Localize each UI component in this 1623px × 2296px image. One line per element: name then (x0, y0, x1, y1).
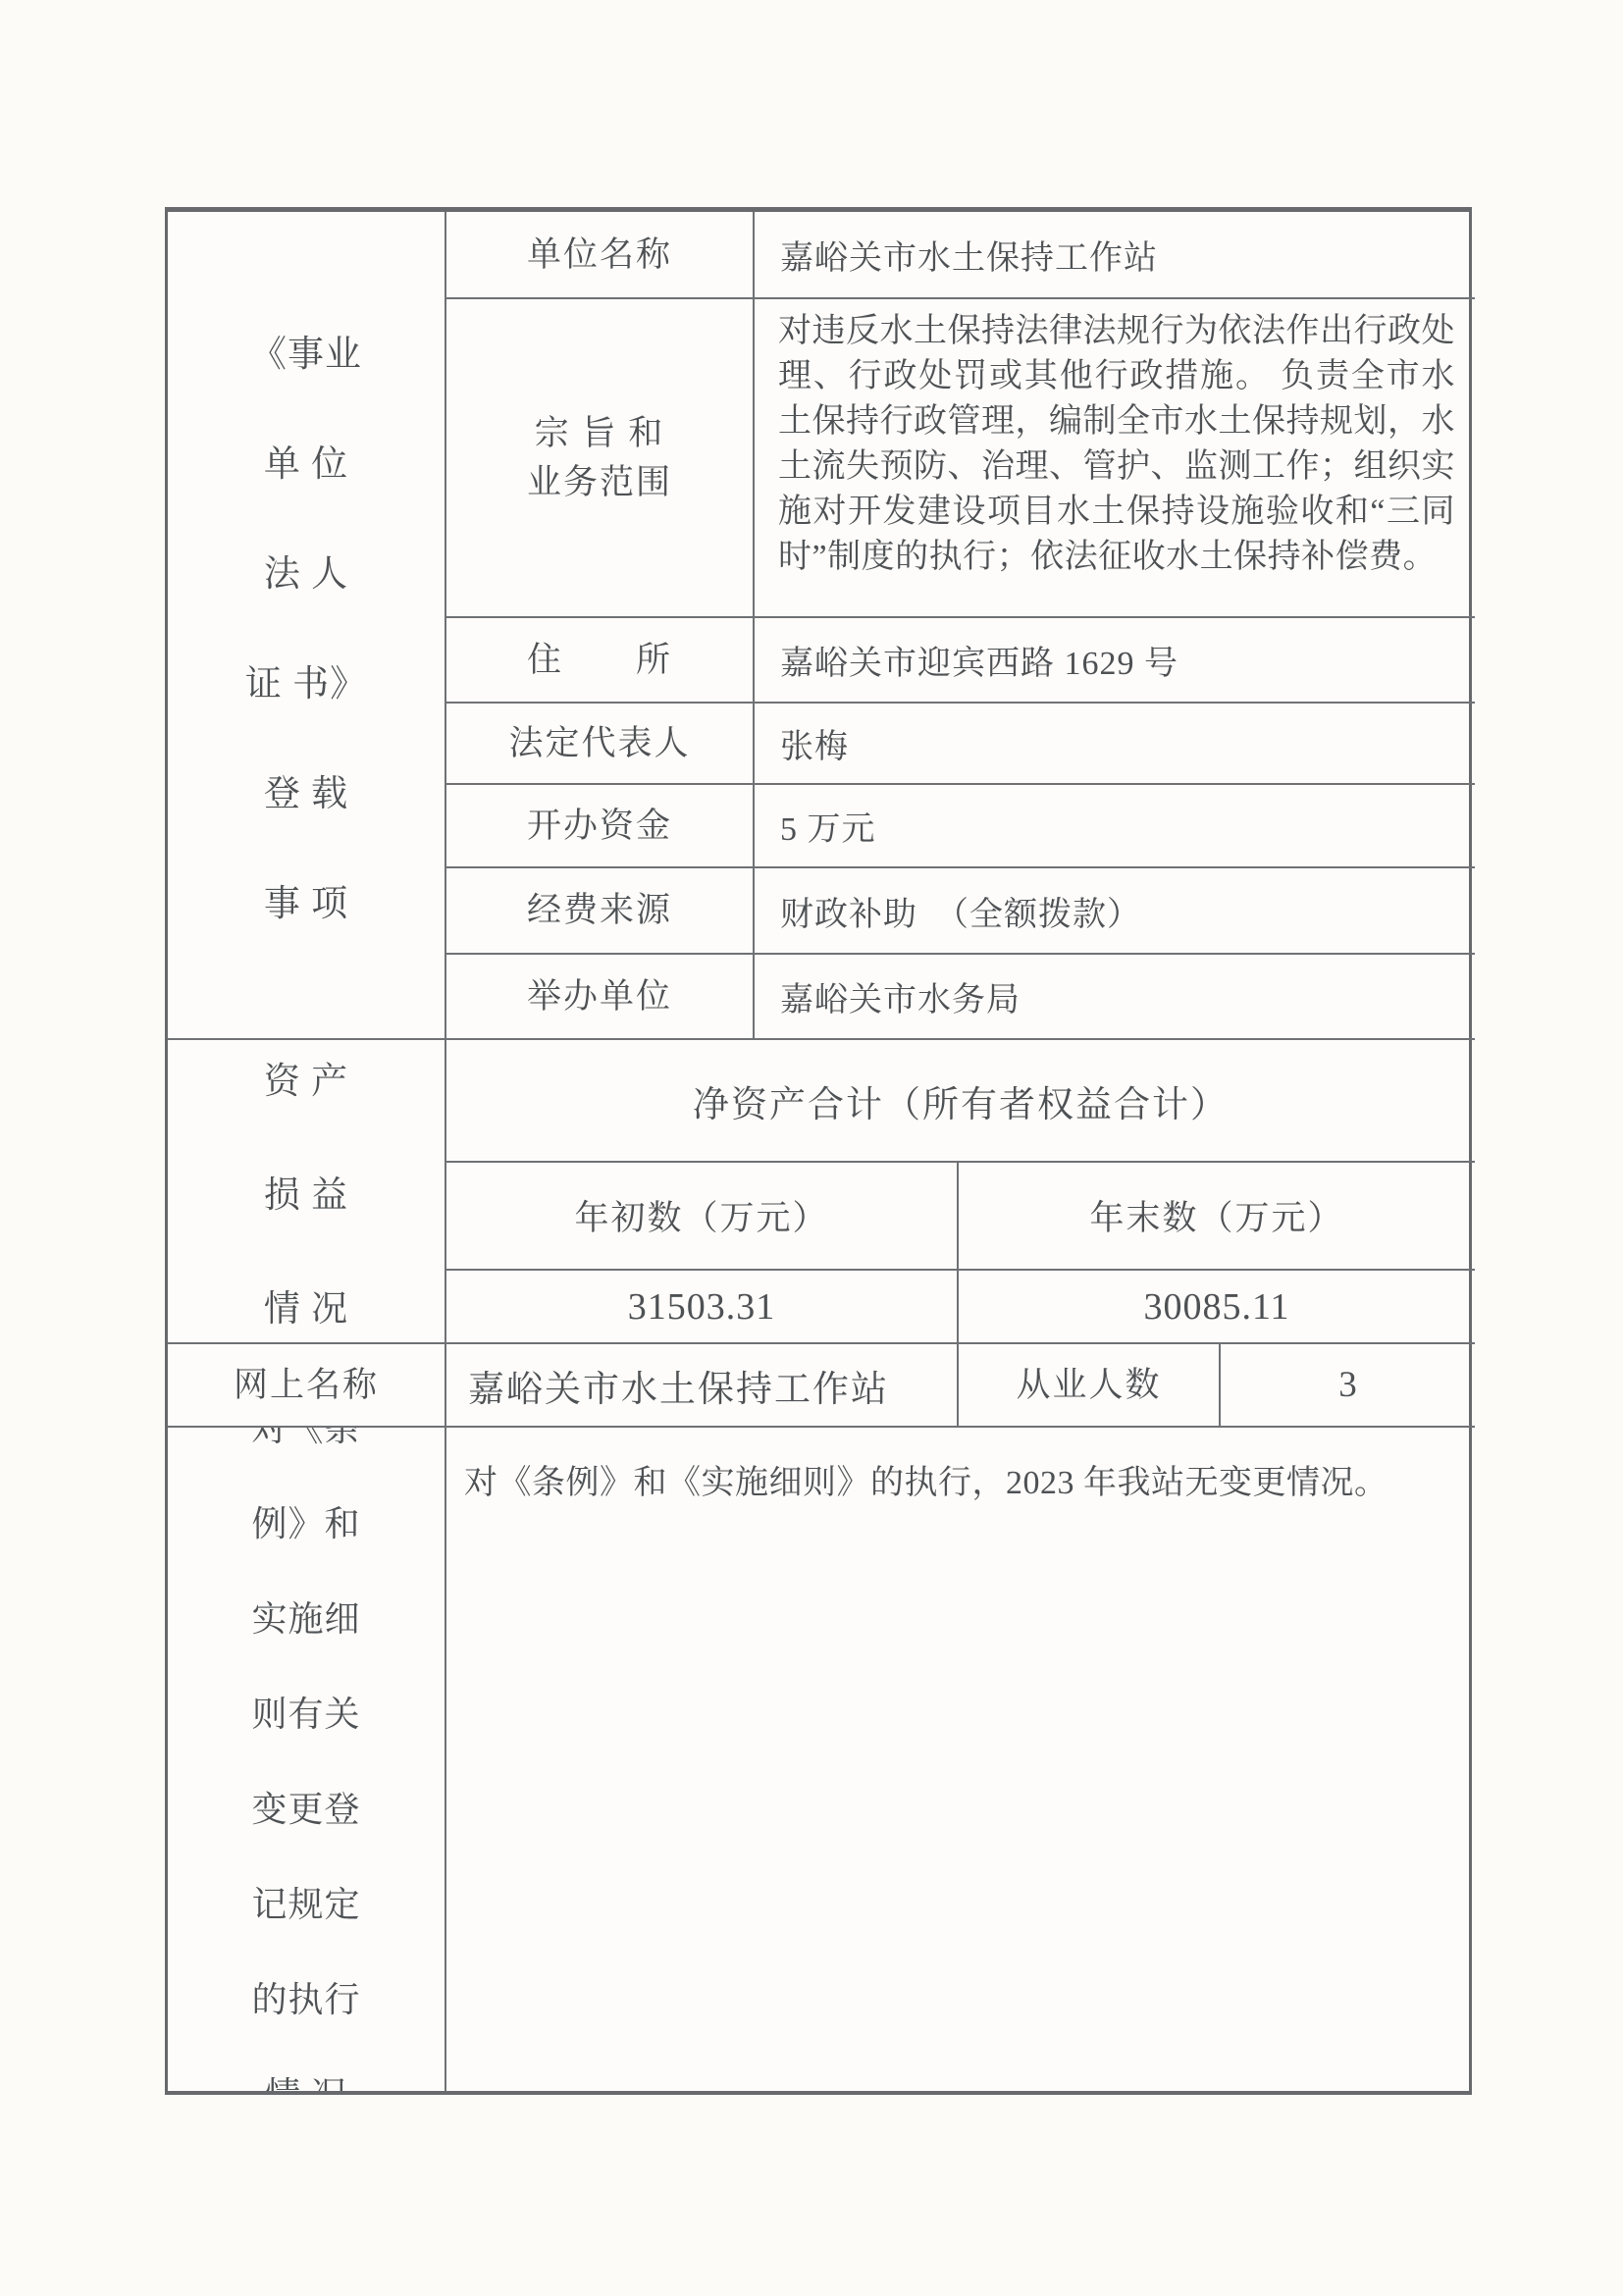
funding-source-label: 经费来源 (446, 868, 755, 955)
side-label-line: 单 位 (264, 434, 348, 487)
side-label-line: 对《条 (251, 1428, 360, 1451)
staff-count-value: 3 (1221, 1344, 1475, 1428)
staff-count-label: 从业人数 (959, 1344, 1221, 1428)
side-label-line: 变更登 (251, 1782, 360, 1832)
assets-section-side-label: 资 产 损 益 情 况 (168, 1040, 446, 1344)
opening-funds-value: 5 万元 (755, 785, 1475, 868)
opening-funds-label: 开办资金 (446, 785, 755, 868)
unit-name-label: 单位名称 (446, 212, 755, 299)
side-label-line: 则有关 (251, 1687, 360, 1737)
side-label-line: 实施细 (251, 1592, 360, 1642)
side-label-line: 《事业 (250, 324, 362, 377)
compliance-value: 对《条例》和《实施细则》的执行，2023 年我站无变更情况。 (446, 1428, 1475, 2091)
side-label-line: 登 载 (264, 763, 348, 816)
net-assets-header: 净资产合计（所有者权益合计） (446, 1040, 1475, 1163)
purpose-value: 对违反水土保持法律法规行为依法作出行政处理、行政处罚或其他行政措施。 负责全市水… (755, 299, 1475, 618)
legal-representative-value: 张梅 (755, 704, 1475, 785)
side-label-line: 的执行 (251, 1972, 360, 2022)
year-begin-value: 31503.31 (446, 1271, 959, 1344)
side-label-line: 损 益 (264, 1165, 348, 1218)
organizer-label: 举办单位 (446, 955, 755, 1040)
address-value: 嘉峪关市迎宾西路 1629 号 (755, 618, 1475, 704)
funding-source-value: 财政补助 （全额拨款） (755, 868, 1475, 955)
side-label-line: 情 况 (265, 2067, 347, 2091)
unit-name-value: 嘉峪关市水土保持工作站 (755, 212, 1475, 299)
scanned-document-page: { "page": { "paper_color": "#fcfbf8", "i… (0, 0, 1623, 2296)
purpose-label-line1: 宗 旨 和 (535, 409, 665, 458)
compliance-section-side-label: 对《条 例》和 实施细 则有关 变更登 记规定 的执行 情 况 (168, 1428, 446, 2091)
side-label-line: 记规定 (251, 1877, 360, 1927)
side-label-line: 证 书》 (245, 653, 367, 706)
purpose-label-line2: 业务范围 (527, 458, 672, 507)
side-label-line: 法 人 (264, 544, 348, 597)
registration-form-table: 《事业 单 位 法 人 证 书》 登 载 事 项 单位名称 嘉峪关市水土保持工作… (165, 207, 1472, 2095)
side-label-line: 情 况 (264, 1278, 348, 1331)
organizer-value: 嘉峪关市水务局 (755, 955, 1475, 1040)
purpose-label: 宗 旨 和 业务范围 (446, 299, 755, 618)
online-name-value: 嘉峪关市水土保持工作站 (446, 1344, 959, 1428)
side-label-line: 资 产 (264, 1051, 348, 1104)
address-label: 住 所 (446, 618, 755, 704)
year-begin-header: 年初数（万元） (446, 1163, 959, 1271)
online-name-label: 网上名称 (168, 1344, 446, 1428)
side-label-line: 例》和 (251, 1496, 360, 1546)
certificate-section-side-label: 《事业 单 位 法 人 证 书》 登 载 事 项 (168, 212, 446, 1040)
side-label-line: 事 项 (264, 873, 348, 926)
year-end-header: 年末数（万元） (959, 1163, 1475, 1271)
year-end-value: 30085.11 (959, 1271, 1475, 1344)
legal-representative-label: 法定代表人 (446, 704, 755, 785)
